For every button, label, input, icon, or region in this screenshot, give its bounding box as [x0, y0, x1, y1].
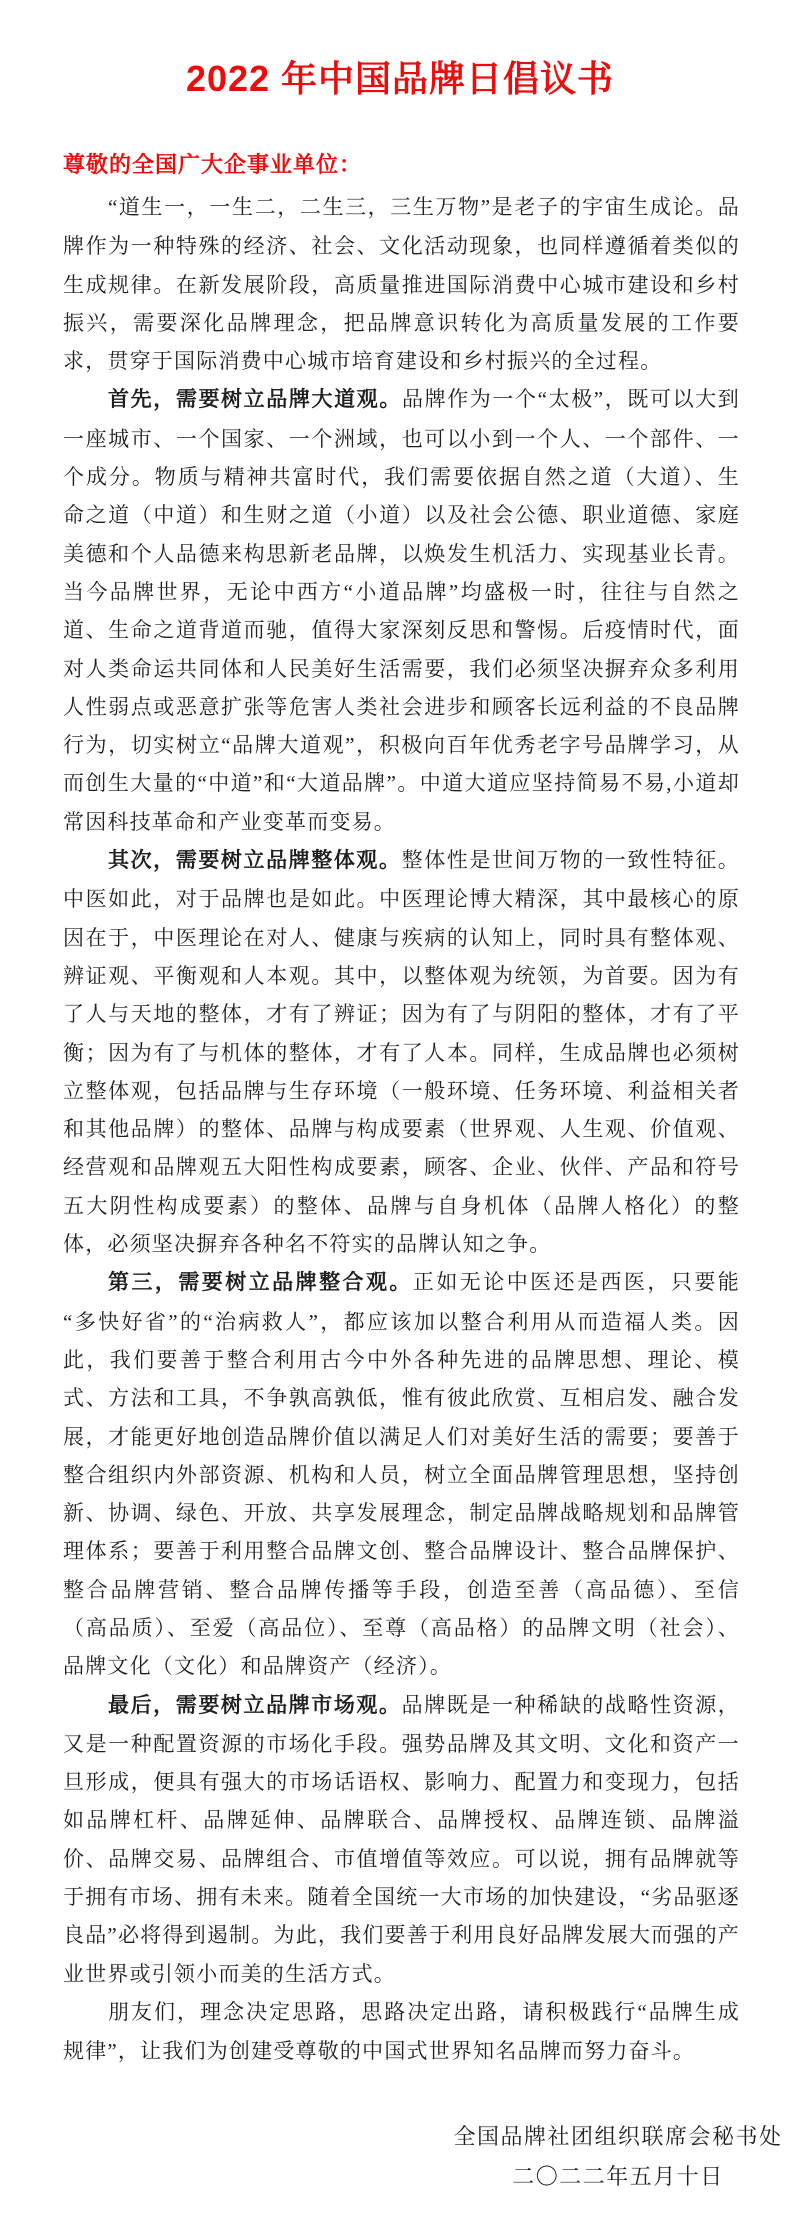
signature-block: 全国品牌社团组织联席会秘书处 二〇二二年五月十日 [413, 2117, 800, 2197]
paragraph-text: 整体性是世间万物的一致性特征。中医如此，对于品牌也是如此。中医理论博大精深，其中… [63, 848, 740, 1256]
paragraph-lead: 其次，需要树立品牌整体观。 [108, 849, 402, 872]
document-page: 2022 年中国品牌日倡议书 尊敬的全国广大企事业单位： “道生一，一生二，二生… [0, 0, 800, 2220]
body-paragraph: 第三，需要树立品牌整合观。正如无论中医还是西医，只要能“多快好省”的“治病救人”… [63, 1263, 740, 1685]
document-content: 尊敬的全国广大企事业单位： “道生一，一生二，二生三，三生万物”是老子的宇宙生成… [0, 150, 800, 2197]
signature-date: 二〇二二年五月十日 [413, 2157, 800, 2197]
paragraph-text: 品牌作为一个“太极”，既可以大到一座城市、一个国家、一个洲域，也可以小到一个人、… [63, 387, 740, 833]
document-body: “道生一，一生二，二生三，三生万物”是老子的宇宙生成论。品牌作为一种特殊的经济、… [63, 188, 740, 2071]
body-paragraph: “道生一，一生二，二生三，三生万物”是老子的宇宙生成论。品牌作为一种特殊的经济、… [63, 188, 740, 380]
body-paragraph: 朋友们，理念决定思路，思路决定出路，请积极践行“品牌生成规律”，让我们为创建受尊… [63, 1993, 740, 2071]
document-title: 2022 年中国品牌日倡议书 [0, 57, 800, 101]
salutation: 尊敬的全国广大企事业单位： [63, 150, 740, 180]
body-paragraph: 首先，需要树立品牌大道观。品牌作为一个“太极”，既可以大到一座城市、一个国家、一… [63, 380, 740, 841]
paragraph-text: 朋友们，理念决定思路，思路决定出路，请积极践行“品牌生成规律”，让我们为创建受尊… [63, 2000, 740, 2063]
paragraph-lead: 第三，需要树立品牌整合观。 [108, 1271, 413, 1294]
paragraph-text: 品牌既是一种稀缺的战略性资源，又是一种配置资源的市场化手段。强势品牌及其文明、文… [63, 1693, 740, 1986]
paragraph-lead: 最后，需要树立品牌市场观。 [108, 1694, 402, 1717]
paragraph-text: 正如无论中医还是西医，只要能“多快好省”的“治病救人”，都应该加以整合利用从而造… [63, 1270, 740, 1678]
paragraph-lead: 首先，需要树立品牌大道观。 [108, 388, 402, 411]
body-paragraph: 其次，需要树立品牌整体观。整体性是世间万物的一致性特征。中医如此，对于品牌也是如… [63, 841, 740, 1263]
body-paragraph: 最后，需要树立品牌市场观。品牌既是一种稀缺的战略性资源，又是一种配置资源的市场化… [63, 1686, 740, 1993]
paragraph-text: “道生一，一生二，二生三，三生万物”是老子的宇宙生成论。品牌作为一种特殊的经济、… [63, 195, 740, 373]
signature-org: 全国品牌社团组织联席会秘书处 [413, 2117, 800, 2157]
